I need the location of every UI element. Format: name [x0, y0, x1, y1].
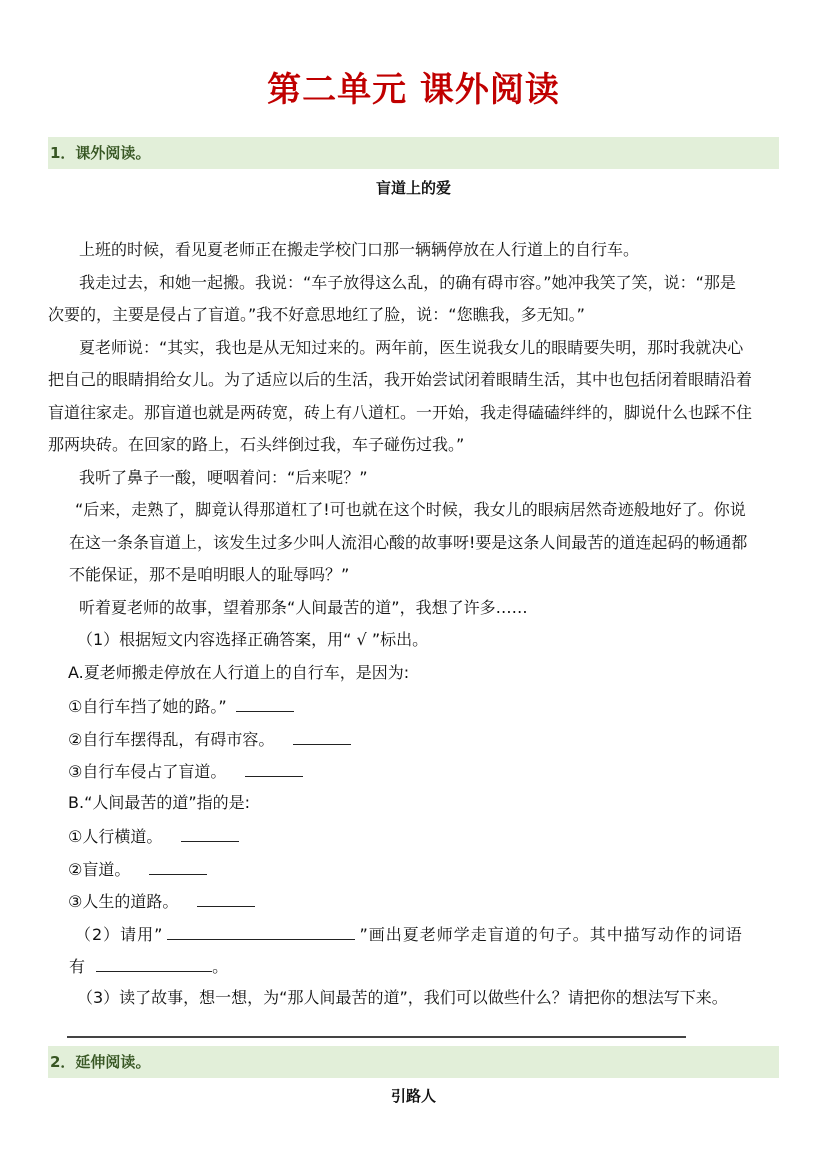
answer-blank[interactable] — [293, 728, 351, 745]
paragraph-line: 上班的时候，看见夏老师正在搬走学校门口那一辆辆停放在人行道上的自行车。 — [79, 240, 639, 260]
story-title-1: 盲道上的爱 — [0, 177, 827, 198]
paragraph-line: 盲道往家走。那盲道也就是两砖宽，砖上有八道杠。一开始，我走得磕磕绊绊的，脚说什么… — [48, 403, 752, 423]
question-1a-stem: A.夏老师搬走停放在人行道上的自行车，是因为: — [68, 663, 409, 683]
section-heading-1: 1．课外阅读。 — [48, 137, 779, 169]
answer-blank[interactable] — [197, 890, 255, 907]
paragraph-line: 那两块砖。在回家的路上，石头绊倒过我，车子碰伤过我。” — [48, 435, 464, 455]
answer-blank[interactable] — [245, 760, 303, 777]
option-label: ①人行横道。 — [68, 827, 162, 846]
paragraph-line: 在这一条条盲道上，该发生过多少叫人流泪心酸的故事呀!要是这条人间最苦的道连起码的… — [69, 533, 747, 553]
option-label: ②盲道。 — [68, 860, 130, 879]
option-label: ②自行车摆得乱，有碍市容。 — [68, 730, 274, 749]
question-1b-stem: B.“人间最苦的道”指的是: — [68, 793, 250, 813]
answer-blank[interactable] — [181, 825, 239, 842]
paragraph-line: 听着夏老师的故事，望着那条“人间最苦的道”，我想了许多…… — [79, 598, 528, 618]
paragraph-line: 不能保证，那不是咱明眼人的耻辱吗？” — [69, 565, 349, 585]
option-a2: ②自行车摆得乱，有碍市容。 — [68, 728, 351, 750]
story-title-2: 引路人 — [0, 1085, 827, 1106]
answer-blank[interactable] — [236, 695, 294, 712]
question-2-text: ”画出夏老师学走盲道的句子。其中描写动作的词语 — [359, 925, 742, 944]
option-b1: ①人行横道。 — [68, 825, 239, 847]
question-2-continued: 有 。 — [69, 955, 228, 977]
option-b2: ②盲道。 — [68, 858, 207, 880]
answer-blank[interactable] — [167, 923, 355, 940]
answer-blank[interactable] — [96, 955, 212, 972]
paragraph-line: 把自己的眼睛捐给女儿。为了适应以后的生活，我开始尝试闭着眼睛生活，其中也包括闭着… — [48, 370, 752, 390]
section-heading-2: 2．延伸阅读。 — [48, 1046, 779, 1078]
option-a1: ①自行车挡了她的路。” — [68, 695, 294, 717]
option-label: ③自行车侵占了盲道。 — [68, 762, 226, 781]
answer-blank[interactable] — [149, 858, 207, 875]
option-a3: ③自行车侵占了盲道。 — [68, 760, 303, 782]
question-2: （2）请用””画出夏老师学走盲道的句子。其中描写动作的词语 — [75, 923, 743, 945]
option-label: ③人生的道路。 — [68, 892, 178, 911]
question-2-text: 有 — [69, 957, 85, 976]
question-2-text: 。 — [212, 957, 228, 976]
paragraph-line: 我听了鼻子一酸，哽咽着问：“后来呢？” — [79, 468, 368, 488]
question-2-text: （2）请用” — [75, 925, 163, 944]
paragraph-line: “后来，走熟了，脚竟认得那道杠了!可也就在这个时候，我女儿的眼病居然奇迹般地好了… — [75, 500, 746, 520]
question-1-prompt: （1）根据短文内容选择正确答案，用“ √ ”标出。 — [77, 630, 428, 650]
paragraph-line: 次要的，主要是侵占了盲道。”我不好意思地红了脸，说：“您瞧我，多无知。” — [48, 305, 585, 325]
question-3-prompt: （3）读了故事，想一想，为“那人间最苦的道”，我们可以做些什么？请把你的想法写下… — [77, 988, 728, 1008]
answer-line[interactable] — [67, 1036, 686, 1038]
option-b3: ③人生的道路。 — [68, 890, 255, 912]
paragraph-line: 夏老师说：“其实，我也是从无知过来的。两年前，医生说我女儿的眼睛要失明，那时我就… — [79, 338, 743, 358]
paragraph-line: 我走过去，和她一起搬。我说：“车子放得这么乱，的确有碍市容。”她冲我笑了笑，说：… — [79, 273, 736, 293]
option-label: ①自行车挡了她的路。” — [68, 697, 227, 716]
page-title: 第二单元 课外阅读 — [0, 62, 827, 111]
